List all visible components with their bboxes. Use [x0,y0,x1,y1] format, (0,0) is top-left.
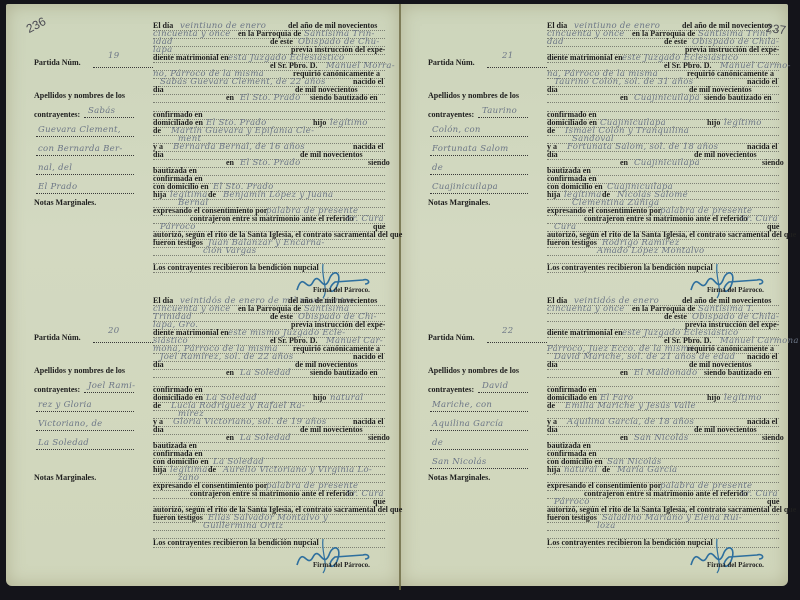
handwritten-field[interactable]: Cuajinicuilapa [634,93,700,103]
contrayentes-underline [478,117,528,118]
form-label: en [620,368,628,377]
contrayentes-name-line: Sabás [88,106,115,116]
handwritten-field[interactable]: El Maldonado [634,368,697,378]
handwritten-field[interactable]: Emilia Mariche y Jesús Valle [565,401,696,411]
apellidos-label: Apellidos y nombres de los [34,91,125,100]
handwritten-field[interactable]: Aurelio Victoriano y Virginia Lo- [223,465,372,475]
partida-label: Partida Núm. [34,58,81,67]
handwritten-field[interactable]: legítimo [330,118,368,128]
form-label: de [547,401,555,410]
form-label: día [153,150,164,159]
form-label: diente matrimonial en [547,328,623,337]
form-label: en [226,433,234,442]
contrayentes-name-line: Aquilina García [432,419,503,429]
handwritten-field[interactable]: legítimo [724,393,762,403]
handwritten-field[interactable]: ción Vargas [203,246,256,256]
contrayentes-underline [36,449,134,450]
contrayentes-underline [430,136,528,137]
register-entry: Partida Núm.21Apellidos y nombres de los… [402,20,782,295]
contrayentes-name-line: con Bernarda Ber- [38,144,123,154]
contrayentes-name-line: La Soledad [38,438,89,448]
form-label: hijo [313,393,326,402]
contrayentes-underline [36,136,134,137]
contrayentes-name-line: Colón, con [432,125,481,135]
form-label: contrajeron entre sí matrimonio ante el … [190,214,354,223]
partida-label: Partida Núm. [428,58,475,67]
contrayentes-name-line: de [432,438,443,448]
contrayentes-underline [430,411,528,412]
contrayentes-underline [430,430,528,431]
form-label: fueron testigos [153,238,203,247]
parish-priest-signature [293,260,373,300]
partida-number: 22 [502,326,513,336]
notas-marginales-label: Notas Marginales. [428,473,490,482]
firma-del-parroco-label: Firma del Párroco. [313,286,370,294]
partida-underline [487,67,547,68]
form-label: día [153,360,164,369]
partida-label: Partida Núm. [34,333,81,342]
form-label: siendo [762,433,784,442]
contrayentes-name-line: rez y Gloria [38,400,92,410]
form-label: fueron testigos [547,513,597,522]
form-label: siendo bautizado en [310,368,378,377]
form-label: hija [153,190,166,199]
contrayentes-name-line: de [432,163,443,173]
form-label: fueron testigos [153,513,203,522]
form-label: de este [270,37,293,46]
form-label: día [547,425,558,434]
handwritten-field[interactable]: natural [330,393,363,403]
form-label: en [226,158,234,167]
form-label: siendo bautizado en [704,368,772,377]
form-label: de [153,126,161,135]
notas-marginales-label: Notas Marginales. [34,198,96,207]
contrayentes-underline [84,117,134,118]
apellidos-label: Apellidos y nombres de los [34,366,125,375]
form-label: siendo bautizado en [704,93,772,102]
form-label: de este [664,312,687,321]
form-label: hijo [313,118,326,127]
handwritten-field[interactable]: Bernarda Bernal, de 16 años [173,142,305,152]
partida-number: 19 [108,51,119,61]
form-label: de mil novecientos [300,150,363,159]
handwritten-field[interactable]: Joel Ramírez, sol. de 22 años [160,352,293,362]
handwritten-field[interactable]: Saladino Mariano y Elena Rui- [602,513,742,523]
firma-del-parroco-label: Firma del Párroco. [707,286,764,294]
form-label: siendo [762,158,784,167]
handwritten-field[interactable]: La Soledad [240,368,291,378]
form-label: diente matrimonial en [153,53,229,62]
handwritten-field[interactable]: Cuajinicuilapa [634,158,700,168]
contrayentes-underline [36,155,134,156]
contrayentes-name-line: Mariche, con [432,400,492,410]
contrayentes-name-line: nal, del [38,163,72,173]
form-label: día [547,150,558,159]
form-label: fueron testigos [547,238,597,247]
form-label: contrajeron entre sí matrimonio ante el … [584,214,748,223]
contrayentes-name-line: Victoriano, de [38,419,103,429]
form-label: hijo [707,393,720,402]
contrayentes-underline [430,468,528,469]
contrayentes-underline [36,430,134,431]
partida-label: Partida Núm. [428,333,475,342]
handwritten-field[interactable]: Taurino Colón, sol. de 31 años [554,77,693,87]
handwritten-field[interactable]: Aquilina García, de 18 años [567,417,694,427]
form-label: en [620,158,628,167]
contrayentes-label: contrayentes: [34,385,80,394]
contrayentes-underline [430,155,528,156]
handwritten-field[interactable]: loza [597,521,616,531]
handwritten-field[interactable]: dad [547,37,564,47]
contrayentes-underline [430,449,528,450]
contrayentes-underline [430,193,528,194]
contrayentes-name-line: Joel Rami- [88,381,135,391]
form-label: de [208,465,216,474]
firma-del-parroco-label: Firma del Párroco. [707,561,764,569]
form-label: diente matrimonial en [547,53,623,62]
contrayentes-label: contrayentes: [428,385,474,394]
form-label: en [620,93,628,102]
handwritten-field[interactable]: La Soledad [240,433,291,443]
handwritten-field[interactable]: Amado López Montalvo [597,246,704,256]
form-label: hijo [707,118,720,127]
contrayentes-underline [36,174,134,175]
form-label: día [547,360,558,369]
apellidos-label: Apellidos y nombres de los [428,91,519,100]
contrayentes-underline [478,392,528,393]
parish-priest-signature [293,535,373,575]
register-entry: Partida Núm.20Apellidos y nombres de los… [8,295,388,570]
form-label: siendo bautizado en [310,93,378,102]
form-label: día [547,85,558,94]
form-label: contrajeron entre sí matrimonio ante el … [584,489,748,498]
handwritten-field[interactable]: Benjamín López y Juana [223,190,333,200]
form-label: hija [153,465,166,474]
form-label: de [547,126,555,135]
form-label: de mil novecientos [694,150,757,159]
handwritten-field[interactable]: natural [564,465,597,475]
contrayentes-underline [36,411,134,412]
contrayentes-name-line: San Nicolás [432,457,487,467]
form-label: de mil novecientos [300,425,363,434]
handwritten-field[interactable]: El Sto. Prado [240,158,301,168]
form-dotted-line [153,255,385,256]
notas-marginales-label: Notas Marginales. [34,473,96,482]
register-entry: Partida Núm.19Apellidos y nombres de los… [8,20,388,295]
form-label: siendo [368,158,390,167]
form-label: de [602,465,610,474]
form-label: día [153,425,164,434]
form-label: de mil novecientos [694,425,757,434]
form-label: de este [270,312,293,321]
handwritten-field[interactable]: El Sto. Prado [240,93,301,103]
contrayentes-name-line: El Prado [38,182,77,192]
partida-number: 20 [108,326,119,336]
form-label: día [153,85,164,94]
handwritten-field[interactable]: María García [617,465,677,475]
form-label: de [208,190,216,199]
register-entry: Partida Núm.22Apellidos y nombres de los… [402,295,782,570]
handwritten-field[interactable]: legítimo [724,118,762,128]
form-label: en [226,93,234,102]
form-label: en [620,433,628,442]
partida-underline [93,342,153,343]
form-label: de [153,401,161,410]
contrayentes-label: contrayentes: [428,110,474,119]
contrayentes-name-line: Guevara Clement, [38,125,121,135]
contrayentes-underline [36,193,134,194]
contrayentes-name-line: David [482,381,508,391]
partida-underline [487,342,547,343]
parish-priest-signature [687,260,767,300]
form-label: hija [547,190,560,199]
form-dotted-line [547,530,779,531]
form-label: hija [547,465,560,474]
handwritten-field[interactable]: Guillermina Ortiz [203,521,283,531]
form-label: de este [664,37,687,46]
contrayentes-name-line: Fortunata Salom [432,144,509,154]
contrayentes-name-line: Cuajinicuilapa [432,182,498,192]
partida-underline [93,67,153,68]
partida-number: 21 [502,51,513,61]
form-label: contrajeron entre sí matrimonio ante el … [190,489,354,498]
handwritten-field[interactable]: San Nicolás [634,433,689,443]
contrayentes-label: contrayentes: [34,110,80,119]
contrayentes-underline [430,174,528,175]
firma-del-parroco-label: Firma del Párroco. [313,561,370,569]
parish-priest-signature [687,535,767,575]
notas-marginales-label: Notas Marginales. [428,198,490,207]
handwritten-field[interactable]: cincuenta y once [547,304,625,314]
form-label: en [226,368,234,377]
contrayentes-name-line: Taurino [482,106,517,116]
apellidos-label: Apellidos y nombres de los [428,366,519,375]
contrayentes-underline [84,392,134,393]
form-label: siendo [368,433,390,442]
book-gutter [399,4,401,590]
